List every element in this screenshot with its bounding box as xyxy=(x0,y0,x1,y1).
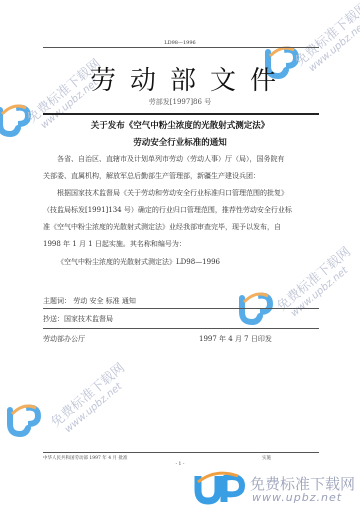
up-logo-icon xyxy=(192,470,248,506)
footer-rule xyxy=(43,452,319,453)
subject-rule xyxy=(43,308,319,309)
issuer-title: 劳动部文件 xyxy=(0,60,360,97)
footer-implement: 实施 xyxy=(262,455,271,461)
brand-logo-bottom-right xyxy=(192,470,248,510)
watermark-logo-bottom-left xyxy=(4,400,44,444)
cc-rule xyxy=(43,328,319,329)
footer-approval: 中华人民共和国劳动部 1997 年 4 月 批准 xyxy=(43,455,127,461)
subject-words: 主题词： 劳动 安全 标准 通知 xyxy=(43,296,136,306)
paragraph-1-line-1: 各省、自治区、直辖市及计划单列市劳动（劳动人事）厅（局），国务院有 xyxy=(57,154,285,164)
heading-line-1: 关于发布《空气中粉尘浓度的光散射式测定法》 xyxy=(0,119,360,131)
print-date: 1997 年 4 月 7 日印发 xyxy=(199,334,272,344)
title-rule xyxy=(43,113,319,115)
up-logo-icon xyxy=(4,400,44,440)
watermark-logo-mid-right xyxy=(236,288,276,332)
paragraph-2-line-4: 1998 年 1 月 1 日起实施。其名称和编号为： xyxy=(43,239,186,249)
standard-code: LD98—1996 xyxy=(0,40,360,46)
watermark-text-mid-right: 免费标准下载网 www.upbz.net xyxy=(272,241,360,322)
paragraph-2-line-3: 准《空气中粉尘浓度的光散射式测定法》业经我部审查完毕，现予以发布，自 xyxy=(43,222,281,232)
issuing-office: 劳动部办公厅 xyxy=(43,334,85,344)
document-page: 免费标准下载网 www.upbz.net 免费标准下载网 www.upbz.ne… xyxy=(0,0,360,510)
paragraph-2-line-1: 根据国家技术监督局《关于劳动和劳动安全行业标准归口管理范围的批复》 xyxy=(57,188,288,198)
paragraph-1-line-2: 关部委、直属机构，解放军总后勤部生产管理部，新疆生产建设兵团： xyxy=(43,171,260,181)
cc-line: 抄送：国家技术监督局 xyxy=(43,314,113,324)
watermark-text-bottom-left: 免费标准下载网 www.upbz.net xyxy=(46,357,135,438)
standard-name-line: 《空气中粉尘浓度的光散射式测定法》LD98—1996 xyxy=(57,257,220,267)
paragraph-2-line-2: （技监局标发[1991]134 号）确定的行业归口管理范围，推荐性劳动安全行业标 xyxy=(43,205,292,215)
header-rule xyxy=(43,47,319,48)
document-number: 劳部发[1997]86 号 xyxy=(0,97,360,107)
page-number: - 1 - xyxy=(0,462,360,467)
brand-site-url: www.upbz.net xyxy=(252,491,342,504)
heading-line-2: 劳动安全行业标准的通知 xyxy=(0,136,360,148)
